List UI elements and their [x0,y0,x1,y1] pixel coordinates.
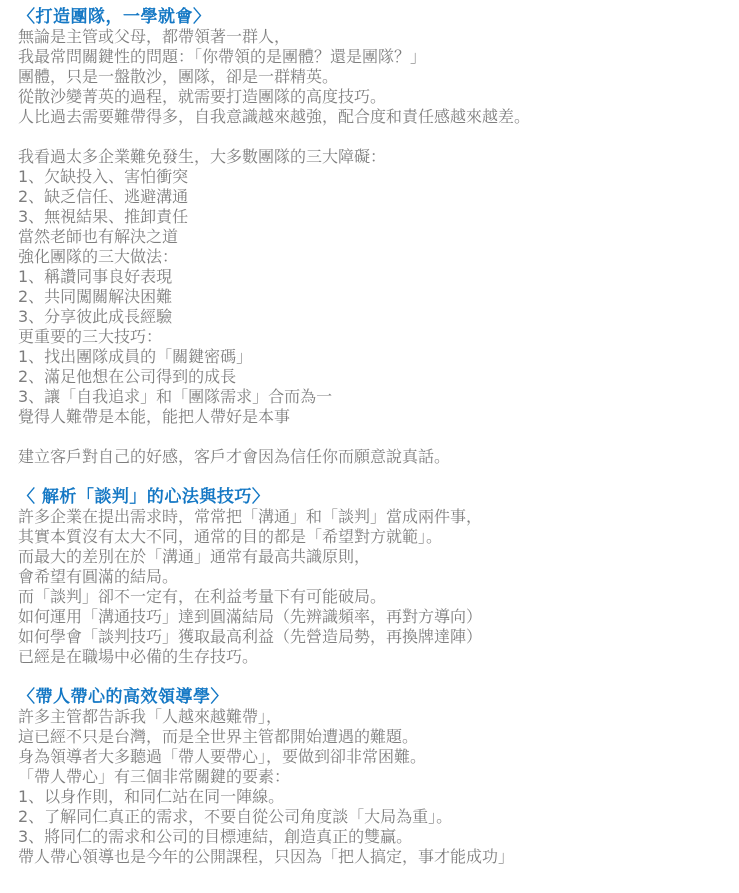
text-line: 2、了解同仁真正的需求，不要自從公司角度談「大局為重」。 [18,807,727,827]
text-line: 1、以身作則，和同仁站在同一陣線。 [18,787,727,807]
text-line: 人比過去需要難帶得多，自我意識越來越強，配合度和責任感越來越差。 [18,107,727,127]
blank-line [18,427,727,447]
text-line: 2、共同闖關解決困難 [18,287,727,307]
text-line: 3、讓「自我追求」和「團隊需求」合而為一 [18,387,727,407]
text-line: 「帶人帶心」有三個非常關鍵的要素： [18,767,727,787]
section-heading: 〈打造團隊，一學就會〉 [18,7,727,27]
text-line: 1、稱讚同事良好表現 [18,267,727,287]
text-line: 其實本質沒有太大不同，通常的目的都是「希望對方就範」。 [18,527,727,547]
text-line: 許多主管都告訴我「人越來越難帶」， [18,707,727,727]
text-line: 2、缺乏信任、逃避溝通 [18,187,727,207]
text-line: 已經是在職場中必備的生存技巧。 [18,647,727,667]
text-line: 團體，只是一盤散沙，團隊，卻是一群精英。 [18,67,727,87]
blank-line [18,667,727,687]
text-line: 我最常問關鍵性的問題：「你帶領的是團體？還是團隊？」 [18,47,727,67]
text-line: 如何學會「談判技巧」獲取最高利益（先營造局勢，再換牌達陣） [18,627,727,647]
text-line: 而最大的差別在於「溝通」通常有最高共識原則， [18,547,727,567]
text-line: 從散沙變菁英的過程，就需要打造團隊的高度技巧。 [18,87,727,107]
blank-line [18,467,727,487]
text-line: 帶人帶心領導也是今年的公開課程，只因為「把人搞定，事才能成功」 [18,847,727,867]
section-heading: 〈 解析「談判」的心法與技巧〉 [18,487,727,507]
text-line: 無論是主管或父母，都帶領著一群人， [18,27,727,47]
text-line: 強化團隊的三大做法： [18,247,727,267]
document-page: 〈打造團隊，一學就會〉無論是主管或父母，都帶領著一群人，我最常問關鍵性的問題：「… [0,0,739,893]
text-line: 1、欠缺投入、害怕衝突 [18,167,727,187]
text-line: 更重要的三大技巧： [18,327,727,347]
blank-line [18,127,727,147]
text-line: 我看過太多企業難免發生，大多數團隊的三大障礙： [18,147,727,167]
text-line: 許多企業在提出需求時，常常把「溝通」和「談判」當成兩件事， [18,507,727,527]
text-line: 身為領導者大多聽過「帶人要帶心」，要做到卻非常困難。 [18,747,727,767]
text-line: 1、找出團隊成員的「關鍵密碼」 [18,347,727,367]
section-heading: 〈帶人帶心的高效領導學〉 [18,687,727,707]
text-line: 3、無視結果、推卸責任 [18,207,727,227]
text-line: 2、滿足他想在公司得到的成長 [18,367,727,387]
text-line: 當然老師也有解決之道 [18,227,727,247]
text-line: 如何運用「溝通技巧」達到圓滿結局（先辨識頻率，再對方導向） [18,607,727,627]
text-content: 〈打造團隊，一學就會〉無論是主管或父母，都帶領著一群人，我最常問關鍵性的問題：「… [0,0,739,867]
text-line: 這已經不只是台灣，而是全世界主管都開始遭遇的難題。 [18,727,727,747]
text-line: 而「談判」卻不一定有，在利益考量下有可能破局。 [18,587,727,607]
text-line: 3、分享彼此成長經驗 [18,307,727,327]
text-line: 覺得人難帶是本能，能把人帶好是本事 [18,407,727,427]
text-line: 建立客戶對自己的好感，客戶才會因為信任你而願意說真話。 [18,447,727,467]
text-line: 3、將同仁的需求和公司的目標連結，創造真正的雙贏。 [18,827,727,847]
text-line: 會希望有圓滿的結局。 [18,567,727,587]
